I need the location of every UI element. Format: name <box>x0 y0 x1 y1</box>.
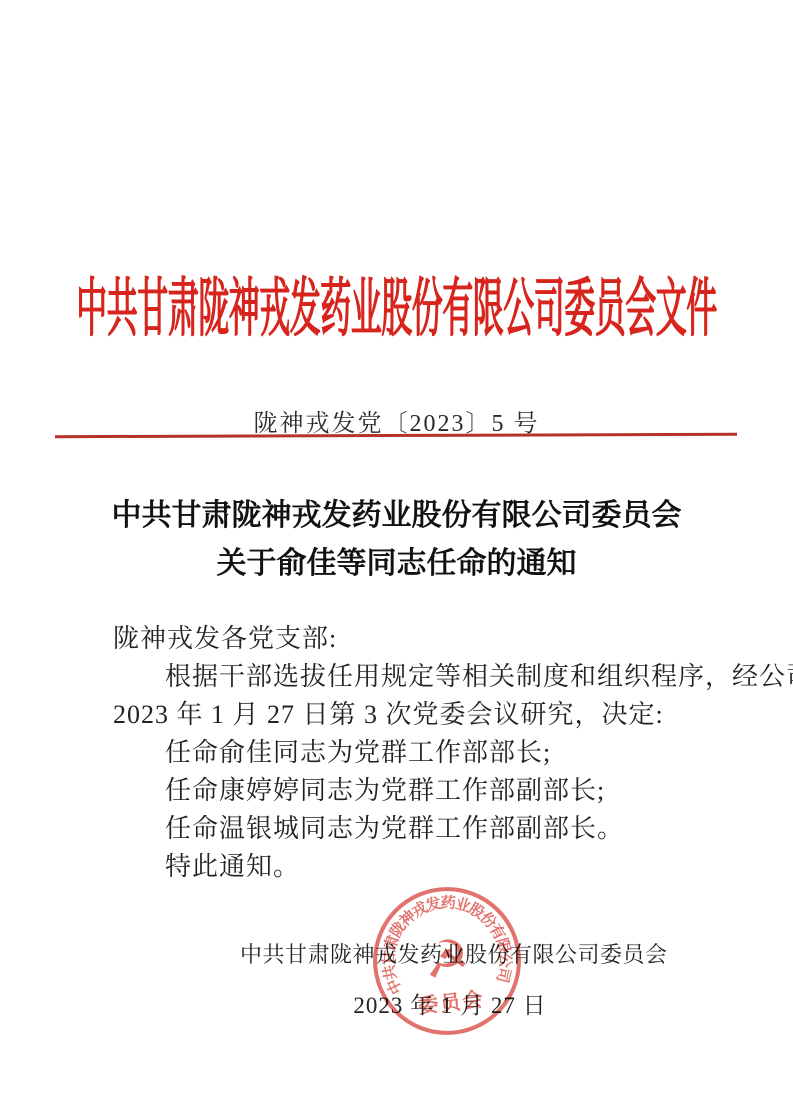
salutation: 陇神戎发各党支部: <box>113 626 723 652</box>
appointment-line: 任命康婷婷同志为党群工作部副部长; <box>113 778 723 804</box>
notice-body: 陇神戎发各党支部: 根据干部选拔任用规定等相关制度和组织程序，经公司 2023 … <box>113 626 723 892</box>
appointment-line: 任命俞佳同志为党群工作部部长; <box>113 740 723 766</box>
seal-ring-char: 业 <box>453 895 473 916</box>
red-letterhead: 中共甘肃陇神戎发药业股份有限公司委员会文件 <box>0 269 793 335</box>
signature-organization: 中共甘肃陇神戎发药业股份有限公司委员会 <box>240 938 660 969</box>
seal-ring-char: 戎 <box>409 899 431 922</box>
seal-ring-char: 股 <box>466 899 489 923</box>
body-line: 2023 年 1 月 27 日第 3 次党委会议研究，决定: <box>113 702 723 728</box>
seal-ring-char: 神 <box>397 907 420 930</box>
signature-date: 2023 年 1 月 27 日 <box>240 987 660 1020</box>
notice-title-line2: 关于俞佳等同志任命的通知 <box>0 540 793 588</box>
seal-ring-char: 份 <box>477 908 501 932</box>
closing-line: 特此通知。 <box>113 854 723 880</box>
seal-ring-char: 发 <box>423 894 443 915</box>
signature-block: 中共甘肃陇神戎发药业股份有限公司委员会 2023 年 1 月 27 日 <box>240 938 660 1020</box>
document-page: 中共甘肃陇神戎发药业股份有限公司委员会文件 陇神戎发党〔2023〕5 号 中共甘… <box>0 0 793 1118</box>
letterhead-title: 中共甘肃陇神戎发药业股份有限公司委员会文件 <box>76 256 717 348</box>
notice-title-line1: 中共甘肃陇神戎发药业股份有限公司委员会 <box>0 492 793 540</box>
body-line: 根据干部选拔任用规定等相关制度和组织程序，经公司 <box>113 664 723 690</box>
appointment-line: 任命温银城同志为党群工作部副部长。 <box>113 816 723 842</box>
seal-ring-char: 药 <box>441 894 457 912</box>
notice-title: 中共甘肃陇神戎发药业股份有限公司委员会 关于俞佳等同志任命的通知 <box>0 492 793 588</box>
